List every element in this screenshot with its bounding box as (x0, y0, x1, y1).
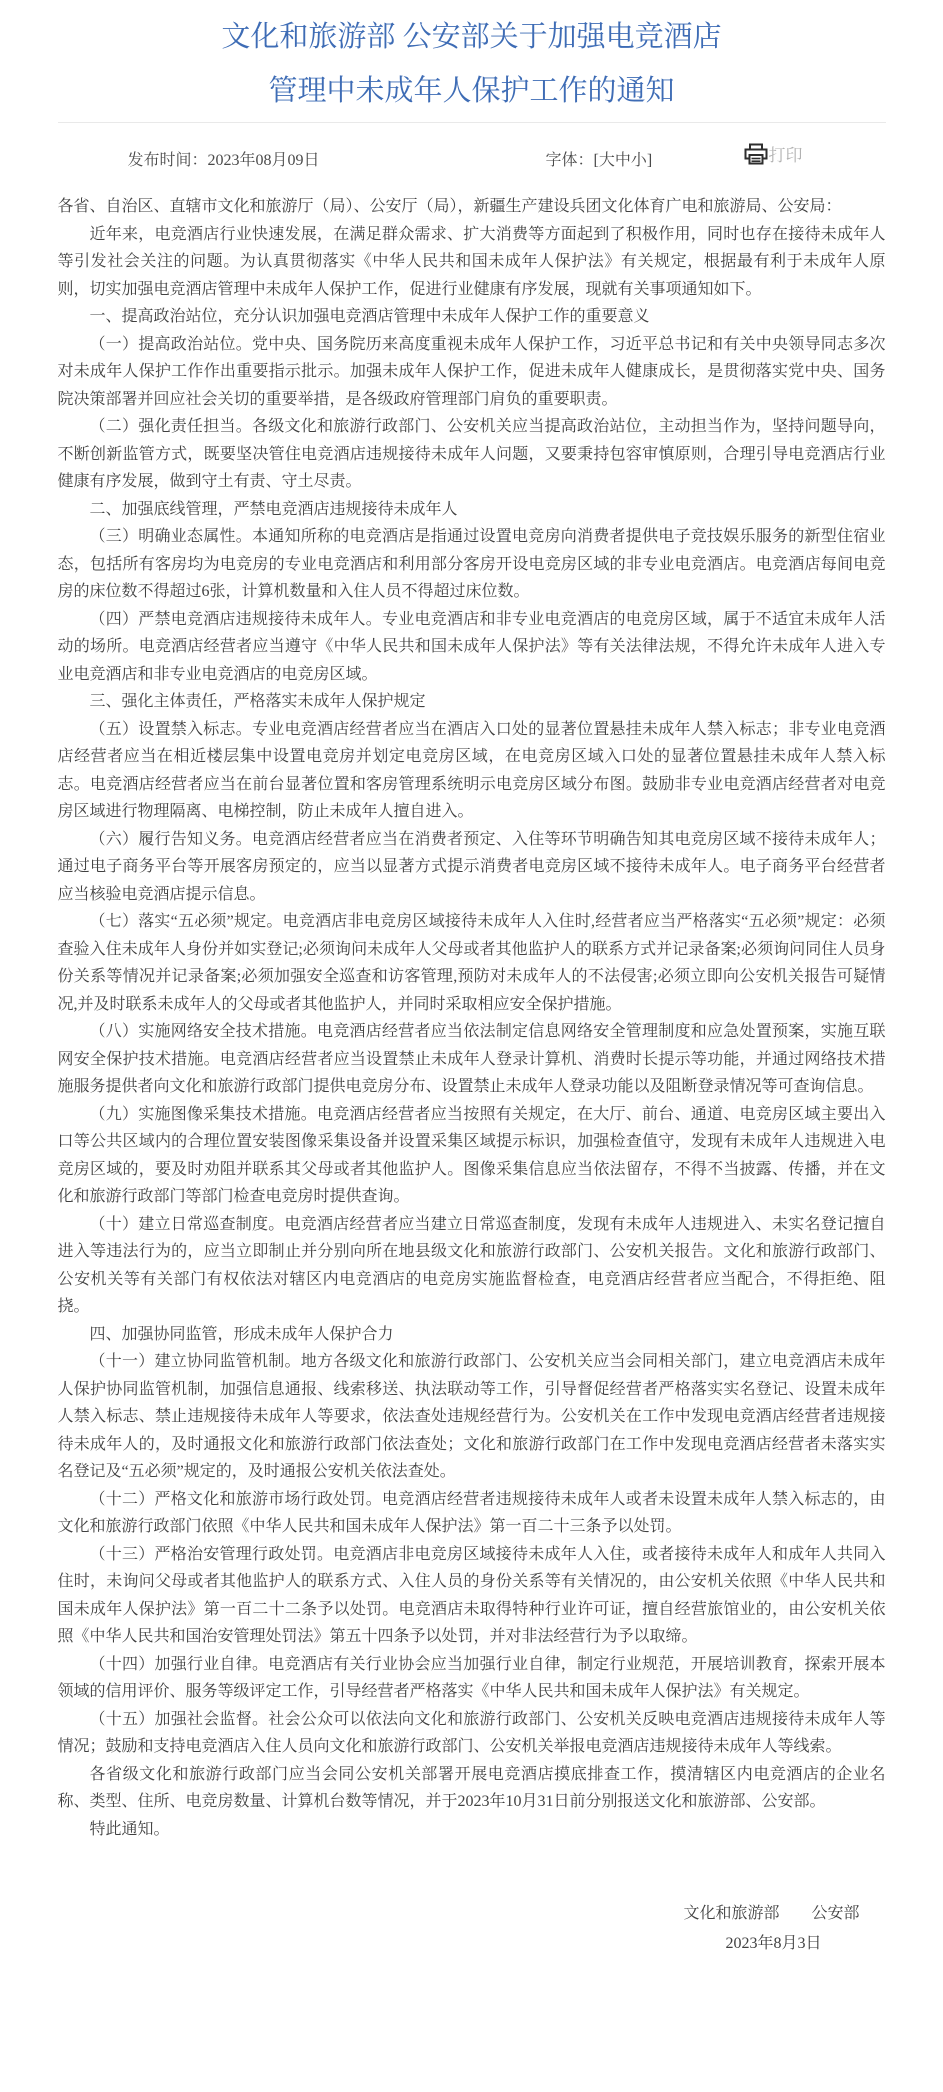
paragraph: （四）严禁电竞酒店违规接待未成年人。专业电竞酒店和非专业电竞酒店的电竞房区域，属… (58, 606, 886, 689)
font-size-label: 字体： (546, 152, 594, 169)
signature-block: 文化和旅游部 公安部 2023年8月3日 (58, 1899, 886, 1985)
paragraph: （八）实施网络安全技术措施。电竞酒店经营者应当依法制定信息网络安全管理制度和应急… (58, 1018, 886, 1101)
font-size-options[interactable]: [大中小] (594, 152, 653, 169)
paragraph: （十一）建立协同监管机制。地方各级文化和旅游行政部门、公安机关应当会同相关部门，… (58, 1348, 886, 1486)
page-title-line2: 管理中未成年人保护工作的通知 (58, 64, 886, 118)
paragraph: （九）实施图像采集技术措施。电竞酒店经营者应当按照有关规定，在大厅、前台、通道、… (58, 1101, 886, 1211)
notice-body: 各省、自治区、直辖市文化和旅游厅（局）、公安厅（局），新疆生产建设兵团文化体育广… (58, 193, 886, 1985)
paragraph: （二）强化责任担当。各级文化和旅游行政部门、公安机关应当提高政治站位，主动担当作… (58, 413, 886, 496)
print-label[interactable]: 打印 (769, 141, 803, 166)
paragraph: 各省级文化和旅游行政部门应当会同公安机关部署开展电竞酒店摸底排查工作，摸清辖区内… (58, 1761, 886, 1816)
page-title: 文化和旅游部 公安部关于加强电竞酒店 管理中未成年人保护工作的通知 (58, 0, 886, 122)
paragraph: （十三）严格治安管理行政处罚。电竞酒店非电竞房区域接待未成年人入住，或者接待未成… (58, 1541, 886, 1651)
paragraph: （七）落实“五必须”规定。电竞酒店非电竞房区域接待未成年人入住时,经营者应当严格… (58, 908, 886, 1018)
page-title-line1: 文化和旅游部 公安部关于加强电竞酒店 (58, 10, 886, 64)
paragraph: 四、加强协同监管，形成未成年人保护合力 (58, 1321, 886, 1349)
paragraph: 近年来，电竞酒店行业快速发展，在满足群众需求、扩大消费等方面起到了积极作用，同时… (58, 221, 886, 304)
paragraph: （十四）加强行业自律。电竞酒店有关行业协会应当加强行业自律，制定行业规范，开展培… (58, 1651, 886, 1706)
paragraph: 特此通知。 (58, 1816, 886, 1844)
publish-time: 发布时间：2023年08月09日 (128, 147, 320, 170)
paragraph-list: 近年来，电竞酒店行业快速发展，在满足群众需求、扩大消费等方面起到了积极作用，同时… (58, 221, 886, 1844)
printer-icon (744, 143, 768, 165)
paragraph: （一）提高政治站位。党中央、国务院历来高度重视未成年人保护工作，习近平总书记和有… (58, 331, 886, 414)
paragraph: （十）建立日常巡查制度。电竞酒店经营者应当建立日常巡查制度，发现有未成年人违规进… (58, 1211, 886, 1321)
signature-agencies: 文化和旅游部 公安部 (58, 1899, 886, 1929)
print-button[interactable]: 打印 (744, 141, 803, 166)
notice-page: 文化和旅游部 公安部关于加强电竞酒店 管理中未成年人保护工作的通知 发布时间：2… (58, 0, 886, 1985)
paragraph: 三、强化主体责任，严格落实未成年人保护规定 (58, 688, 886, 716)
font-size-switcher[interactable]: 字体：[大中小] (546, 147, 653, 170)
paragraph: （六）履行告知义务。电竞酒店经营者应当在消费者预定、入住等环节明确告知其电竞房区… (58, 826, 886, 909)
paragraph: （十二）严格文化和旅游市场行政处罚。电竞酒店经营者违规接待未成年人或者未设置未成… (58, 1486, 886, 1541)
paragraph: （三）明确业态属性。本通知所称的电竞酒店是指通过设置电竞房向消费者提供电子竞技娱… (58, 523, 886, 606)
salutation: 各省、自治区、直辖市文化和旅游厅（局）、公安厅（局），新疆生产建设兵团文化体育广… (58, 193, 886, 221)
meta-bar: 发布时间：2023年08月09日 字体：[大中小] 打印 (58, 123, 886, 193)
signature-date: 2023年8月3日 (58, 1929, 886, 1959)
paragraph: （十五）加强社会监督。社会公众可以依法向文化和旅游行政部门、公安机关反映电竞酒店… (58, 1706, 886, 1761)
paragraph: （五）设置禁入标志。专业电竞酒店经营者应当在酒店入口处的显著位置悬挂未成年人禁入… (58, 716, 886, 826)
paragraph: 二、加强底线管理，严禁电竞酒店违规接待未成年人 (58, 496, 886, 524)
paragraph: 一、提高政治站位，充分认识加强电竞酒店管理中未成年人保护工作的重要意义 (58, 303, 886, 331)
